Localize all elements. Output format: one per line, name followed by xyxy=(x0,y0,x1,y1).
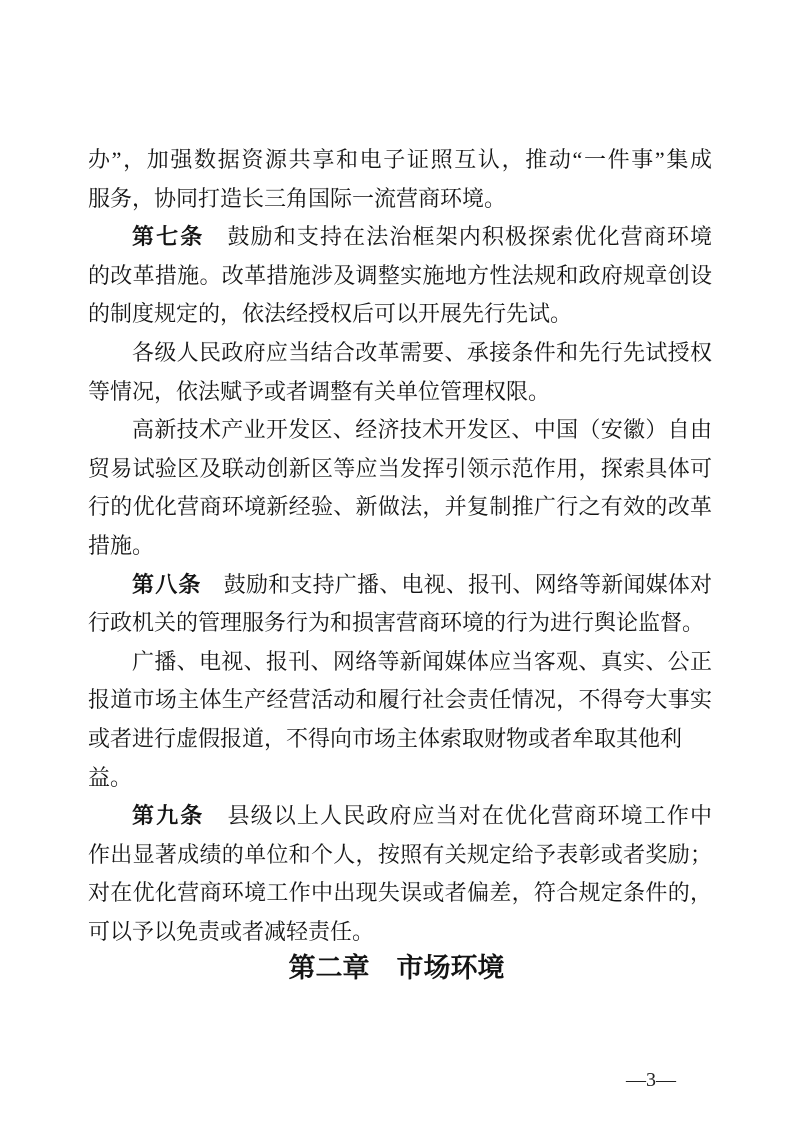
text-line: 服务，协同打造长三角国际一流营商环境。 xyxy=(88,180,712,219)
text-line: 等情况，依法赋予或者调整有关单位管理权限。 xyxy=(88,373,712,412)
text-line: 各级人民政府应当结合改革需要、承接条件和先行先试授权 xyxy=(88,334,712,373)
text-line: 作出显著成绩的单位和个人，按照有关规定给予表彰或者奖励； xyxy=(88,836,712,875)
text-line: 第九条 县级以上人民政府应当对在优化营商环境工作中 xyxy=(88,797,712,836)
body-segment: 的制度规定的，依法经授权后可以开展先行先试。 xyxy=(88,301,572,326)
body-text: 办”，加强数据资源共享和电子证照互认，推动“一件事”集成服务，协同打造长三角国际… xyxy=(88,141,712,951)
body-segment: 办”，加强数据资源共享和电子证照互认，推动“一件事”集成 xyxy=(88,147,712,172)
body-segment: 高新技术产业开发区、经济技术开发区、中国（安徽）自由 xyxy=(132,417,712,442)
document-page: 办”，加强数据资源共享和电子证照互认，推动“一件事”集成服务，协同打造长三角国际… xyxy=(0,0,793,1122)
article-number: 第九条 xyxy=(132,803,204,828)
text-line: 办”，加强数据资源共享和电子证照互认，推动“一件事”集成 xyxy=(88,141,712,180)
body-segment: 或者进行虚假报道，不得向市场主体索取财物或者牟取其他利益。 xyxy=(88,726,682,790)
text-line: 广播、电视、报刊、网络等新闻媒体应当客观、真实、公正 xyxy=(88,643,712,682)
article-number: 第七条 xyxy=(132,224,204,249)
body-segment: 等情况，依法赋予或者调整有关单位管理权限。 xyxy=(88,379,550,404)
text-line: 措施。 xyxy=(88,527,712,566)
page-number: —3— xyxy=(626,1067,676,1093)
body-segment: 作出显著成绩的单位和个人，按照有关规定给予表彰或者奖励； xyxy=(88,842,712,867)
text-line: 的制度规定的，依法经授权后可以开展先行先试。 xyxy=(88,295,712,334)
text-line: 行政机关的管理服务行为和损害营商环境的行为进行舆论监督。 xyxy=(88,604,712,643)
body-segment: 服务，协同打造长三角国际一流营商环境。 xyxy=(88,186,506,211)
text-line: 贸易试验区及联动创新区等应当发挥引领示范作用，探索具体可 xyxy=(88,450,712,489)
body-segment: 可以予以免责或者减轻责任。 xyxy=(88,919,374,944)
text-line: 报道市场主体生产经营活动和履行社会责任情况，不得夸大事实 xyxy=(88,681,712,720)
text-line: 行的优化营商环境新经验、新做法，并复制推广行之有效的改革 xyxy=(88,488,712,527)
body-segment: 鼓励和支持广播、电视、报刊、网络等新闻媒体对 xyxy=(202,572,712,597)
text-line: 或者进行虚假报道，不得向市场主体索取财物或者牟取其他利益。 xyxy=(88,720,712,797)
body-segment: 行政机关的管理服务行为和损害营商环境的行为进行舆论监督。 xyxy=(88,610,704,635)
body-segment: 的改革措施。改革措施涉及调整实施地方性法规和政府规章创设 xyxy=(88,263,712,288)
body-segment: 行的优化营商环境新经验、新做法，并复制推广行之有效的改革 xyxy=(88,494,712,519)
text-line: 高新技术产业开发区、经济技术开发区、中国（安徽）自由 xyxy=(88,411,712,450)
body-segment: 贸易试验区及联动创新区等应当发挥引领示范作用，探索具体可 xyxy=(88,456,712,481)
body-segment: 鼓励和支持在法治框架内积极探索优化营商环境 xyxy=(204,224,712,249)
body-segment: 报道市场主体生产经营活动和履行社会责任情况，不得夸大事实 xyxy=(88,687,712,712)
text-line: 第八条 鼓励和支持广播、电视、报刊、网络等新闻媒体对 xyxy=(88,566,712,605)
body-segment: 广播、电视、报刊、网络等新闻媒体应当客观、真实、公正 xyxy=(132,649,712,674)
body-segment: 各级人民政府应当结合改革需要、承接条件和先行先试授权 xyxy=(132,340,712,365)
article-number: 第八条 xyxy=(132,572,202,597)
body-segment: 措施。 xyxy=(88,533,154,558)
text-line: 可以予以免责或者减轻责任。 xyxy=(88,913,712,952)
text-line: 对在优化营商环境工作中出现失误或者偏差，符合规定条件的， xyxy=(88,874,712,913)
text-line: 第七条 鼓励和支持在法治框架内积极探索优化营商环境 xyxy=(88,218,712,257)
body-segment: 对在优化营商环境工作中出现失误或者偏差，符合规定条件的， xyxy=(88,880,712,905)
text-line: 的改革措施。改革措施涉及调整实施地方性法规和政府规章创设 xyxy=(88,257,712,296)
chapter-heading: 第二章 市场环境 xyxy=(0,950,793,986)
body-segment: 县级以上人民政府应当对在优化营商环境工作中 xyxy=(204,803,712,828)
